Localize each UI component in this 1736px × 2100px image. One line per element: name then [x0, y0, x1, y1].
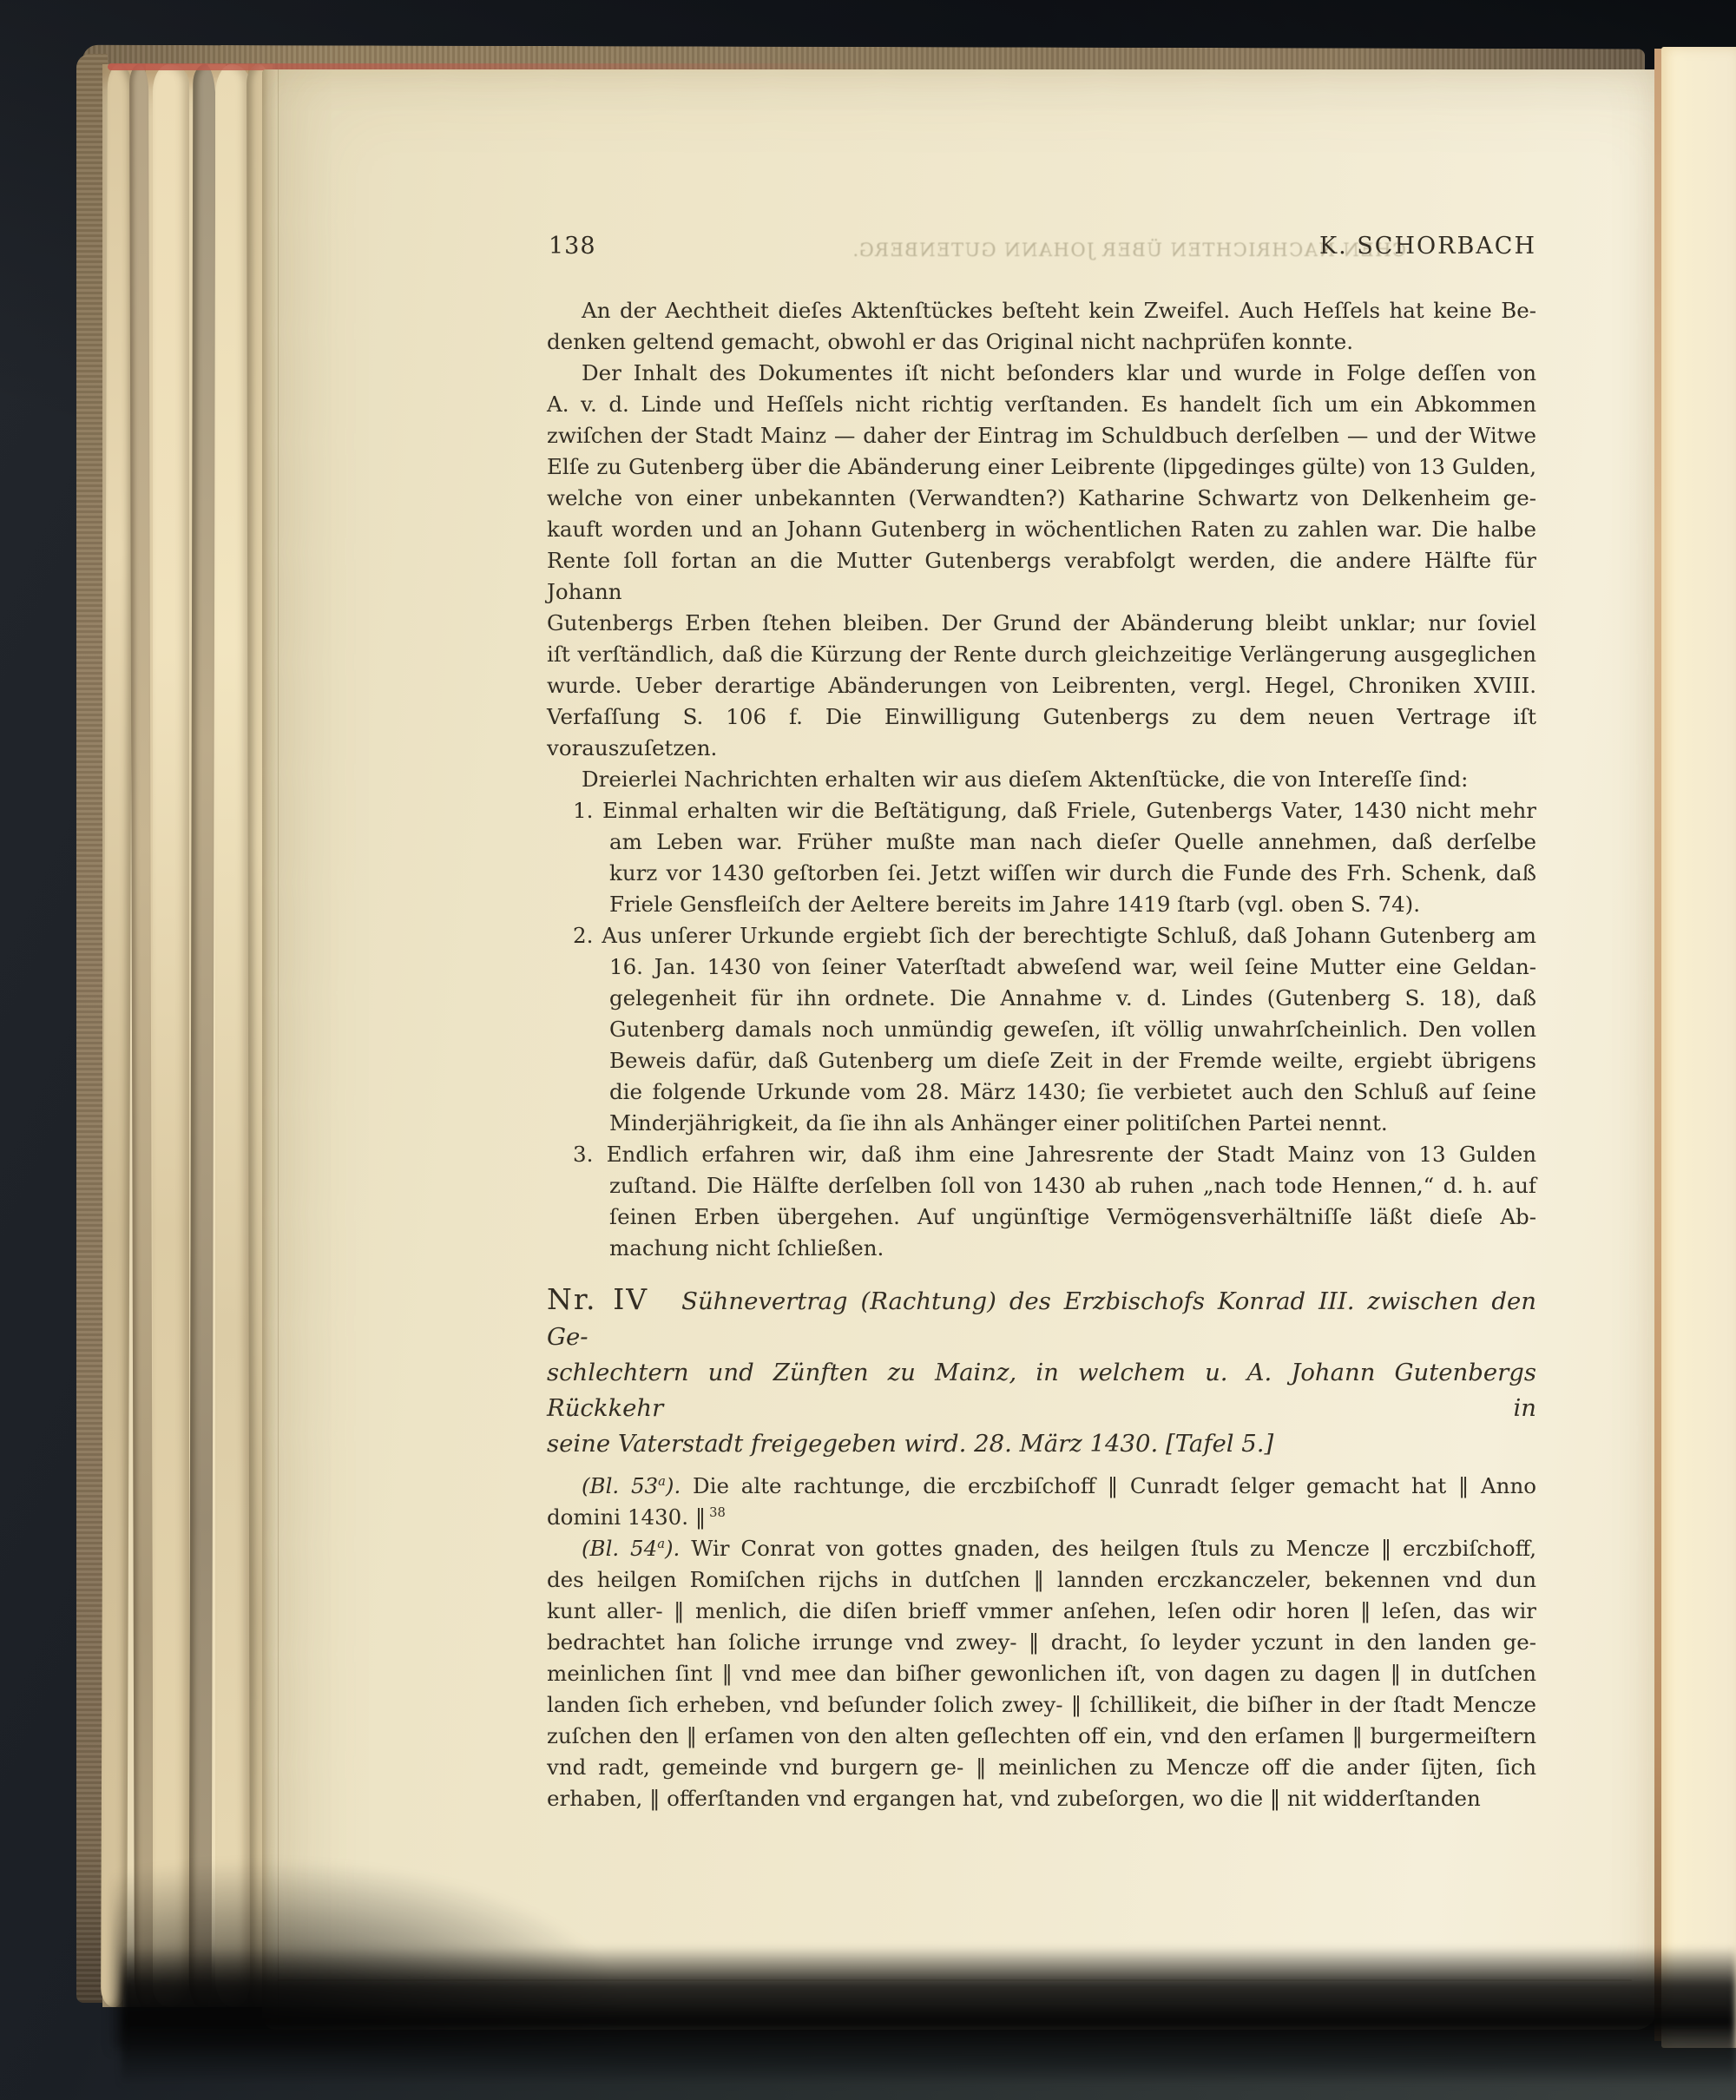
- text-line: denken geltend gemacht, obwohl er das Or…: [547, 326, 1536, 358]
- paragraph-authenticity: An der Aechtheit dieſes Aktenſtückes beſ…: [547, 295, 1536, 358]
- paragraph-document-content: Der Inhalt des Dokumentes iſt nicht beſo…: [547, 358, 1536, 764]
- running-header: K. SCHORBACH: [1319, 231, 1536, 262]
- transcription-bl53-line-2: domini 1430. ‖38: [547, 1502, 1536, 1533]
- text-line: iſt verſtändlich, daß die Kürzung der Re…: [547, 639, 1536, 670]
- section-number: Nr. IV: [547, 1282, 648, 1316]
- text-line: gelegenheit für ihn ordnete. Die Annahme…: [573, 983, 1536, 1014]
- text-line: Elſe zu Gutenberg über die Abänderung ei…: [547, 451, 1536, 483]
- text-line: 1. Einmal erhalten wir die Beſtätigung, …: [573, 795, 1536, 826]
- section-heading-line-1: Nr. IVSühnevertrag (Rachtung) des Erzbis…: [547, 1281, 1536, 1355]
- text-line: welche von einer unbekannten (Verwandten…: [547, 483, 1536, 514]
- page-edge-strip: [153, 64, 189, 2007]
- text-line: wurde. Ueber derartige Abänderungen von …: [547, 670, 1536, 701]
- text-line: Gutenbergs Erben ſtehen bleiben. Der Gru…: [547, 608, 1536, 639]
- text-line: Der Inhalt des Dokumentes iſt nicht beſo…: [547, 358, 1536, 389]
- text-line: zuſtand. Die Hälfte derſelben ſoll von 1…: [573, 1170, 1536, 1201]
- text-line: Gutenberg damals noch unmündig geweſen, …: [573, 1014, 1536, 1045]
- list-item-1: 1. Einmal erhalten wir die Beſtätigung, …: [573, 795, 1536, 920]
- folio-ref-superscript: a: [657, 1537, 665, 1551]
- text-line: 2. Aus unſerer Urkunde ergiebt ſich der …: [573, 920, 1536, 951]
- book-scan-background: 138 CHEN NACHRICHTEN ÜBER JOHANN GUTENBE…: [0, 0, 1736, 2100]
- next-page-edge: [1661, 47, 1736, 2048]
- text-line: zuſchen den ‖ erſamen von den alten geſl…: [547, 1721, 1536, 1752]
- transcription-bl54-line-1: (Bl. 54a). Wir Conrat von gottes gnaden,…: [547, 1533, 1536, 1564]
- text-line: A. v. d. Linde und Heſſels nicht richtig…: [547, 389, 1536, 420]
- text-line: landen ſich erheben, vnd beſunder ſolich…: [547, 1689, 1536, 1721]
- text-line: die folgende Urkunde vom 28. März 1430; …: [573, 1076, 1536, 1108]
- text-line: bedrachtet han ſoliche irrunge vnd zwey-…: [547, 1627, 1536, 1658]
- page-number: 138: [549, 231, 596, 262]
- page-edge-hairline: [278, 69, 279, 2030]
- section-title-part: Sühnevertrag (Rachtung) des Erzbischofs …: [547, 1287, 1536, 1351]
- text-line: Beweis dafür, daß Gutenberg um dieſe Zei…: [573, 1045, 1536, 1076]
- text-line: erhaben, ‖ offerſtanden vnd ergangen hat…: [547, 1783, 1536, 1814]
- folio-ref-close: ).: [666, 1473, 681, 1498]
- transcription-text: domini 1430. ‖: [547, 1504, 706, 1530]
- folio-ref: (Bl. 54: [582, 1536, 657, 1561]
- page-edge-strip: [129, 64, 154, 2007]
- page-edge-strip: [189, 64, 216, 2007]
- text-line: des heilgen Romiſchen rijchs in dutſchen…: [547, 1564, 1536, 1596]
- folio-ref: (Bl. 53: [582, 1473, 658, 1498]
- transcription-bl54: (Bl. 54a). Wir Conrat von gottes gnaden,…: [547, 1533, 1536, 1814]
- text-line: ſeinen Erben übergehen. Auf ungünſtige V…: [573, 1201, 1536, 1233]
- folio-ref-close: ).: [665, 1536, 680, 1561]
- text-line: kauft worden und an Johann Gutenberg in …: [547, 514, 1536, 545]
- text-line: zwiſchen der Stadt Mainz — daher der Ein…: [547, 420, 1536, 451]
- text-line: machung nicht ſchließen.: [573, 1233, 1536, 1264]
- section-heading-line-3: seine Vaterstadt freigegeben wird. 28. M…: [547, 1426, 1536, 1462]
- folio-ref-superscript: a: [658, 1474, 666, 1489]
- book-gutter: [1654, 49, 1661, 2041]
- transcription-text: Die alte rachtunge, die erczbiſchoff ‖ C…: [681, 1473, 1536, 1498]
- text-line: Friele Gensfleiſch der Aeltere bereits i…: [573, 889, 1536, 920]
- transcription-text: Wir Conrat von gottes gnaden, des heilge…: [680, 1536, 1536, 1561]
- page-edges-stack: [102, 64, 273, 2007]
- text-line: Minderjährigkeit, da ſie ihn als Anhänge…: [573, 1108, 1536, 1139]
- transcription-bl53: (Bl. 53a). Die alte rachtunge, die erczb…: [547, 1471, 1536, 1533]
- text-line: Dreierlei Nachrichten erhalten wir aus d…: [547, 764, 1536, 795]
- text-line: vnd radt, gemeinde vnd burgern ge- ‖ mei…: [547, 1752, 1536, 1783]
- page-left-edge-shading: [262, 69, 276, 2030]
- book-bottom-shadow: [122, 1946, 1736, 2085]
- text-line: meinlichen ſint ‖ vnd mee dan biſher gew…: [547, 1658, 1536, 1689]
- text-line: Rente ſoll fortan an die Mutter Gutenber…: [547, 545, 1536, 608]
- page-edge-strip: [215, 64, 250, 2007]
- page-edge-strip: [101, 64, 134, 2007]
- text-line: 3. Endlich erfahren wir, daß ihm eine Ja…: [573, 1139, 1536, 1170]
- text-line: am Leben war. Früher mußte man nach dieſ…: [573, 826, 1536, 858]
- running-header-row: 138 CHEN NACHRICHTEN ÜBER JOHANN GUTENBE…: [547, 231, 1536, 260]
- text-line: kunt aller- ‖ menlich, die diſen brieff …: [547, 1596, 1536, 1627]
- text-line: An der Aechtheit dieſes Aktenſtückes beſ…: [547, 295, 1536, 326]
- text-line: Verfaſſung S. 106 f. Die Einwilligung Gu…: [547, 701, 1536, 764]
- transcription-bl54-continuation: des heilgen Romiſchen rijchs in dutſchen…: [547, 1564, 1536, 1814]
- paragraph-dreierlei: Dreierlei Nachrichten erhalten wir aus d…: [547, 764, 1536, 795]
- transcription-bl53-line-1: (Bl. 53a). Die alte rachtunge, die erczb…: [547, 1471, 1536, 1502]
- list-item-2: 2. Aus unſerer Urkunde ergiebt ſich der …: [573, 920, 1536, 1139]
- section-heading-line-2: schlechtern und Zünften zu Mainz, in wel…: [547, 1355, 1536, 1426]
- footnote-marker: 38: [709, 1505, 726, 1520]
- text-line: 16. Jan. 1430 von ſeiner Vaterſtadt abwe…: [573, 951, 1536, 983]
- list-item-3: 3. Endlich erfahren wir, daß ihm eine Ja…: [573, 1139, 1536, 1264]
- section-heading-nr-iv: Nr. IVSühnevertrag (Rachtung) des Erzbis…: [547, 1281, 1536, 1462]
- text-line: kurz vor 1430 geſtorben ſei. Jetzt wiſſe…: [573, 858, 1536, 889]
- printed-text-block: 138 CHEN NACHRICHTEN ÜBER JOHANN GUTENBE…: [547, 231, 1536, 1814]
